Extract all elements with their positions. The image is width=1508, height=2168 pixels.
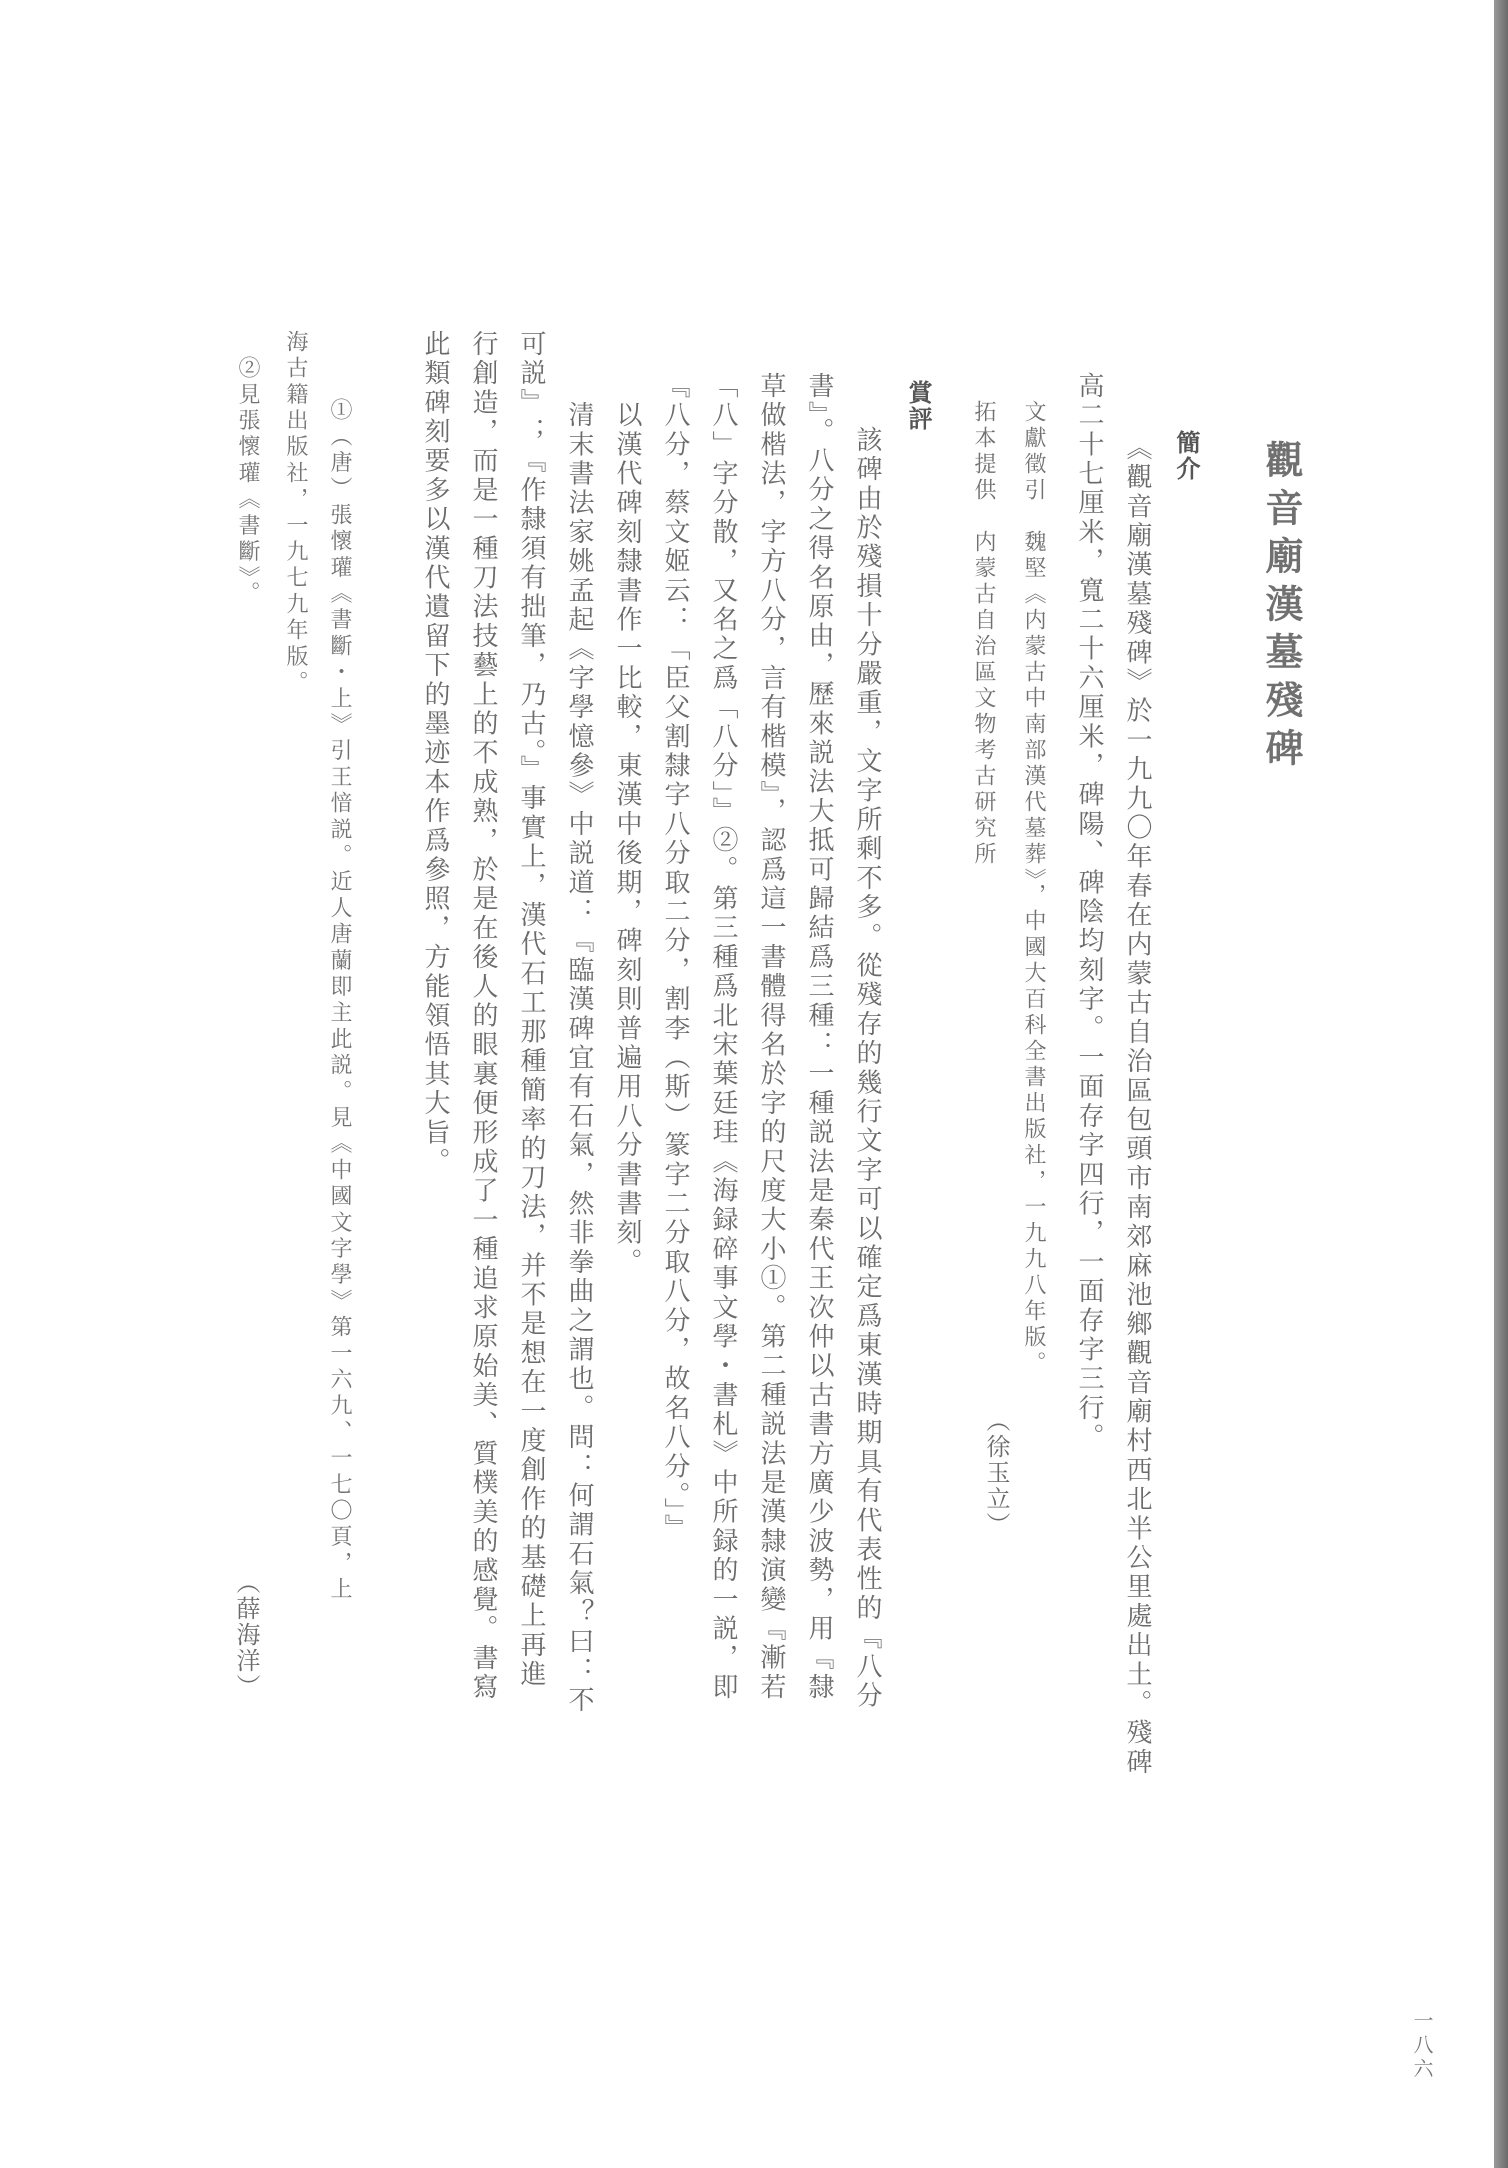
intro-author: （徐玉立） — [984, 1408, 1008, 1538]
intro-heading: 簡介 — [1174, 430, 1198, 482]
review-line-3: 草做楷法，字方八分，言有楷模』，認爲這一書體得名於字的尺度大小①。第二種説法是漢… — [758, 372, 784, 1702]
review-heading: 賞評 — [906, 380, 930, 432]
review-line-8: 可説』；『作隸須有拙筆，乃古。』事實上，漢代石工那種簡率的刀法，并不是想在一度創… — [518, 330, 544, 1689]
page-edge-shadow — [1494, 0, 1508, 2168]
footnote-2: ②見張懷瓘《書斷》。 — [236, 330, 258, 607]
review-line-7: 清末書法家姚孟起《字學憶參》中説道：『臨漢碑宜有石氣，然非拳曲之謂也。問：何謂石… — [566, 372, 592, 1715]
review-line-10: 此類碑刻要多以漢代遺留下的墨迹本作爲參照，方能領悟其大旨。 — [422, 330, 448, 1177]
review-line-1: 該碑由於殘損十分嚴重，文字所剩不多。從殘存的幾行文字可以確定爲東漢時期具有代表性… — [854, 426, 880, 1711]
page-number: 一八六 — [1412, 2010, 1432, 2082]
intro-reference-literature: 文獻徵引 魏堅《内蒙古中南部漢代墓葬》，中國大百科全書出版社，一九九八年版。 — [1022, 400, 1044, 1377]
review-line-2: 書』。八分之得名原由，歷來説法大抵可歸結爲三種：一種説法是秦代王次仲以古書方廣少… — [806, 372, 832, 1702]
review-author: （薛海洋） — [234, 1570, 258, 1700]
intro-reference-rubbing: 拓本提供 内蒙古自治區文物考古研究所 — [972, 400, 994, 868]
review-line-6: 以漢代碑刻隸書作一比較，東漢中後期，碑刻則普遍用八分書書刻。 — [614, 372, 640, 1277]
review-line-4: 「八」字分散，又名之爲「八分」』②。第三種爲北宋葉廷珪《海録碎事文學・書札》中所… — [710, 372, 736, 1702]
review-line-5: 『八分，蔡文姬云：「臣父割隸字八分取二分，割李（斯）篆字二分取八分，故名八分。」… — [662, 372, 688, 1543]
intro-line-1: 《觀音廟漢墓殘碑》於一九九〇年春在内蒙古自治區包頭市南郊麻池鄉觀音廟村西北半公里… — [1124, 434, 1150, 1777]
footnote-1: ①（唐）張懷瓘《書斷・上》引王愔説。近人唐蘭即主此説。見《中國文字學》第一六九、… — [328, 372, 350, 1603]
intro-line-2: 高二十七厘米，寬二十六厘米，碑陽、碑陰均刻字。一面存字四行，一面存字三行。 — [1076, 372, 1102, 1452]
review-line-9: 行創造，而是一種刀法技藝上的不成熟，於是在後人的眼裏便形成了一種追求原始美、質樸… — [470, 330, 496, 1702]
page-title: 觀音廟漢墓殘碑 — [1262, 440, 1300, 776]
footnote-1-continued: 海古籍出版社，一九七九年版。 — [284, 330, 306, 697]
